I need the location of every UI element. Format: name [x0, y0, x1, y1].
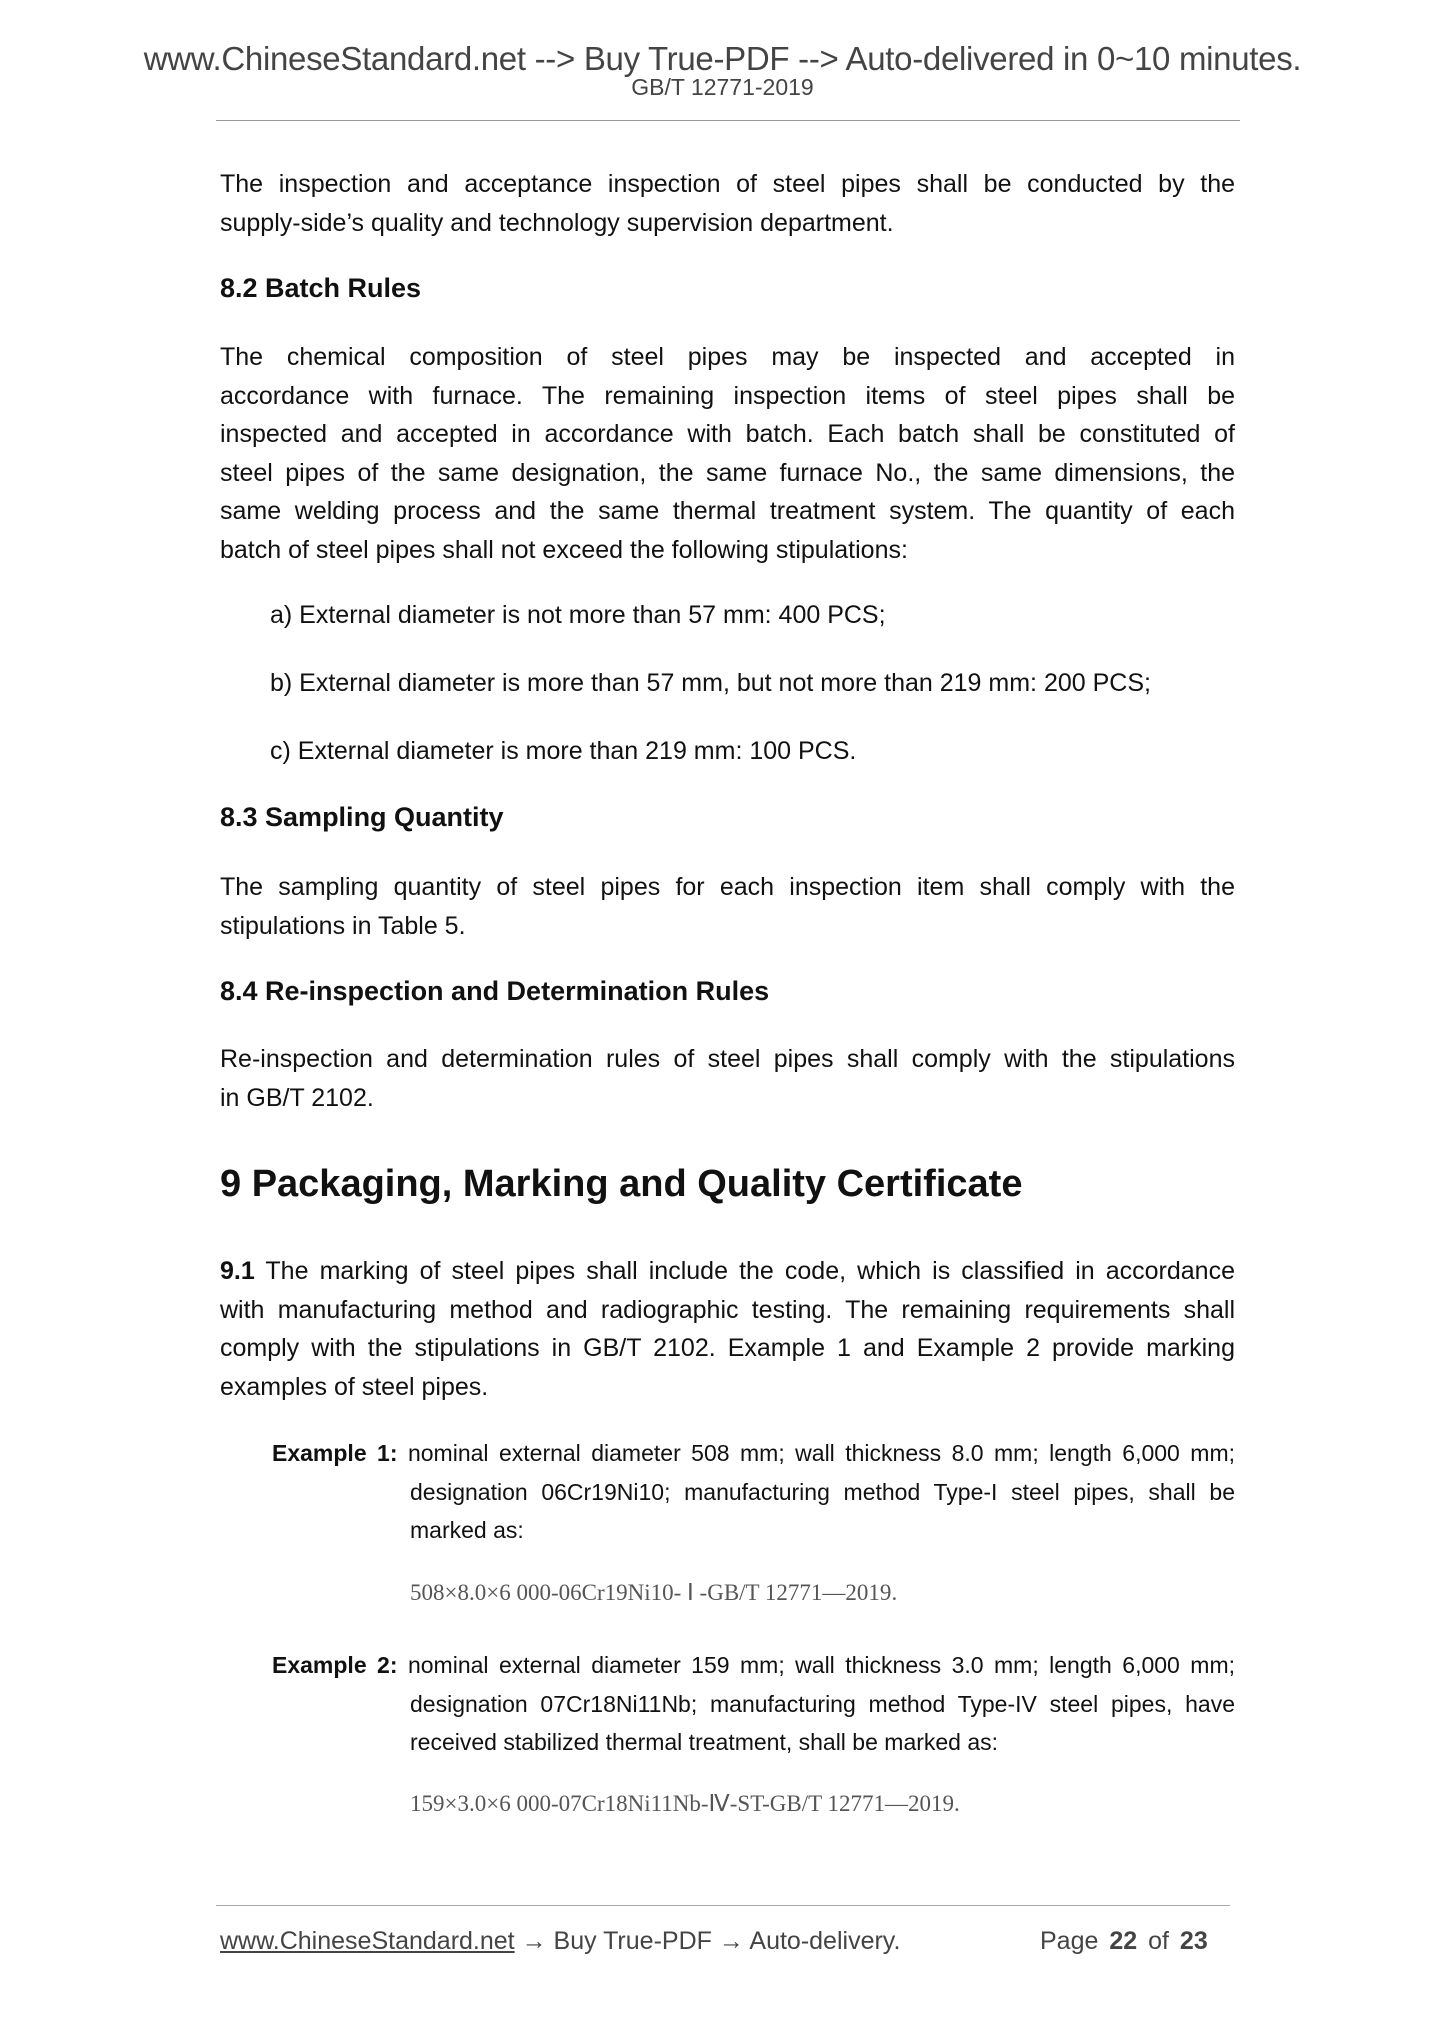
- page-number: 22: [1109, 1927, 1137, 1955]
- section-heading-8-4: 8.4 Re-inspection and Determination Rule…: [220, 976, 769, 1007]
- footer-divider: [216, 1905, 1230, 1906]
- example-label: Example 2:: [272, 1652, 398, 1678]
- text-line: with manufacturing method and radiograph…: [220, 1291, 1235, 1330]
- section-heading-8-3: 8.3 Sampling Quantity: [220, 802, 504, 833]
- text-line: Example 1: nominal external diameter 508…: [272, 1434, 1235, 1473]
- text-line: designation 06Cr19Ni10; manufacturing me…: [272, 1473, 1235, 1512]
- text-line: comply with the stipulations in GB/T 210…: [220, 1329, 1235, 1368]
- text-line: in GB/T 2102.: [220, 1079, 1235, 1118]
- example-1: Example 1: nominal external diameter 508…: [272, 1434, 1235, 1550]
- page-total: 23: [1180, 1927, 1208, 1955]
- clause-number: 9.1: [220, 1257, 255, 1285]
- header-banner: www.ChineseStandard.net --> Buy True-PDF…: [0, 40, 1445, 78]
- example-label: Example 1:: [272, 1440, 398, 1466]
- list-item: b) External diameter is more than 57 mm,…: [270, 669, 1151, 698]
- text-line: 9.1 The marking of steel pipes shall inc…: [220, 1252, 1235, 1291]
- text-line: stipulations in Table 5.: [220, 907, 1235, 946]
- list-item: a) External diameter is not more than 57…: [270, 601, 886, 630]
- marking-example-1: 508×8.0×6 000-06Cr19Ni10- Ⅰ -GB/T 12771—…: [410, 1580, 897, 1606]
- text-line: same welding process and the same therma…: [220, 492, 1235, 531]
- text-line: batch of steel pipes shall not exceed th…: [220, 531, 1235, 570]
- section-heading-8-2: 8.2 Batch Rules: [220, 273, 421, 304]
- text-line: marked as:: [272, 1511, 1235, 1550]
- page-indicator: Page 22 of 23: [1040, 1927, 1208, 1956]
- reinspection-paragraph: Re-inspection and determination rules of…: [220, 1040, 1235, 1117]
- text-line: examples of steel pipes.: [220, 1368, 1235, 1407]
- sampling-paragraph: The sampling quantity of steel pipes for…: [220, 868, 1235, 945]
- footer-promo: www.ChineseStandard.net → Buy True-PDF →…: [220, 1927, 900, 1956]
- marking-example-2: 159×3.0×6 000-07Cr18Ni11Nb-Ⅳ-ST-GB/T 127…: [410, 1791, 960, 1817]
- clause-9-1-paragraph: 9.1 The marking of steel pipes shall inc…: [220, 1252, 1235, 1406]
- text-line: The sampling quantity of steel pipes for…: [220, 868, 1235, 907]
- text-line: Re-inspection and determination rules of…: [220, 1040, 1235, 1079]
- text-line: The inspection and acceptance inspection…: [220, 165, 1235, 204]
- batch-rules-paragraph: The chemical composition of steel pipes …: [220, 338, 1235, 569]
- text-line: steel pipes of the same designation, the…: [220, 454, 1235, 493]
- section-heading-9: 9 Packaging, Marking and Quality Certifi…: [220, 1163, 1022, 1206]
- text-line: inspected and accepted in accordance wit…: [220, 415, 1235, 454]
- example-2: Example 2: nominal external diameter 159…: [272, 1646, 1235, 1762]
- text-line: supply-side’s quality and technology sup…: [220, 204, 1235, 243]
- header-divider: [216, 120, 1240, 121]
- text-line: accordance with furnace. The remaining i…: [220, 377, 1235, 416]
- text-line: The chemical composition of steel pipes …: [220, 338, 1235, 377]
- text-line: Example 2: nominal external diameter 159…: [272, 1646, 1235, 1685]
- list-item: c) External diameter is more than 219 mm…: [270, 737, 856, 766]
- intro-paragraph: The inspection and acceptance inspection…: [220, 165, 1235, 242]
- footer-site-link[interactable]: www.ChineseStandard.net: [220, 1927, 515, 1955]
- text-line: designation 07Cr18Ni11Nb; manufacturing …: [272, 1685, 1235, 1724]
- text-line: received stabilized thermal treatment, s…: [272, 1723, 1235, 1762]
- document-id: GB/T 12771-2019: [0, 74, 1445, 101]
